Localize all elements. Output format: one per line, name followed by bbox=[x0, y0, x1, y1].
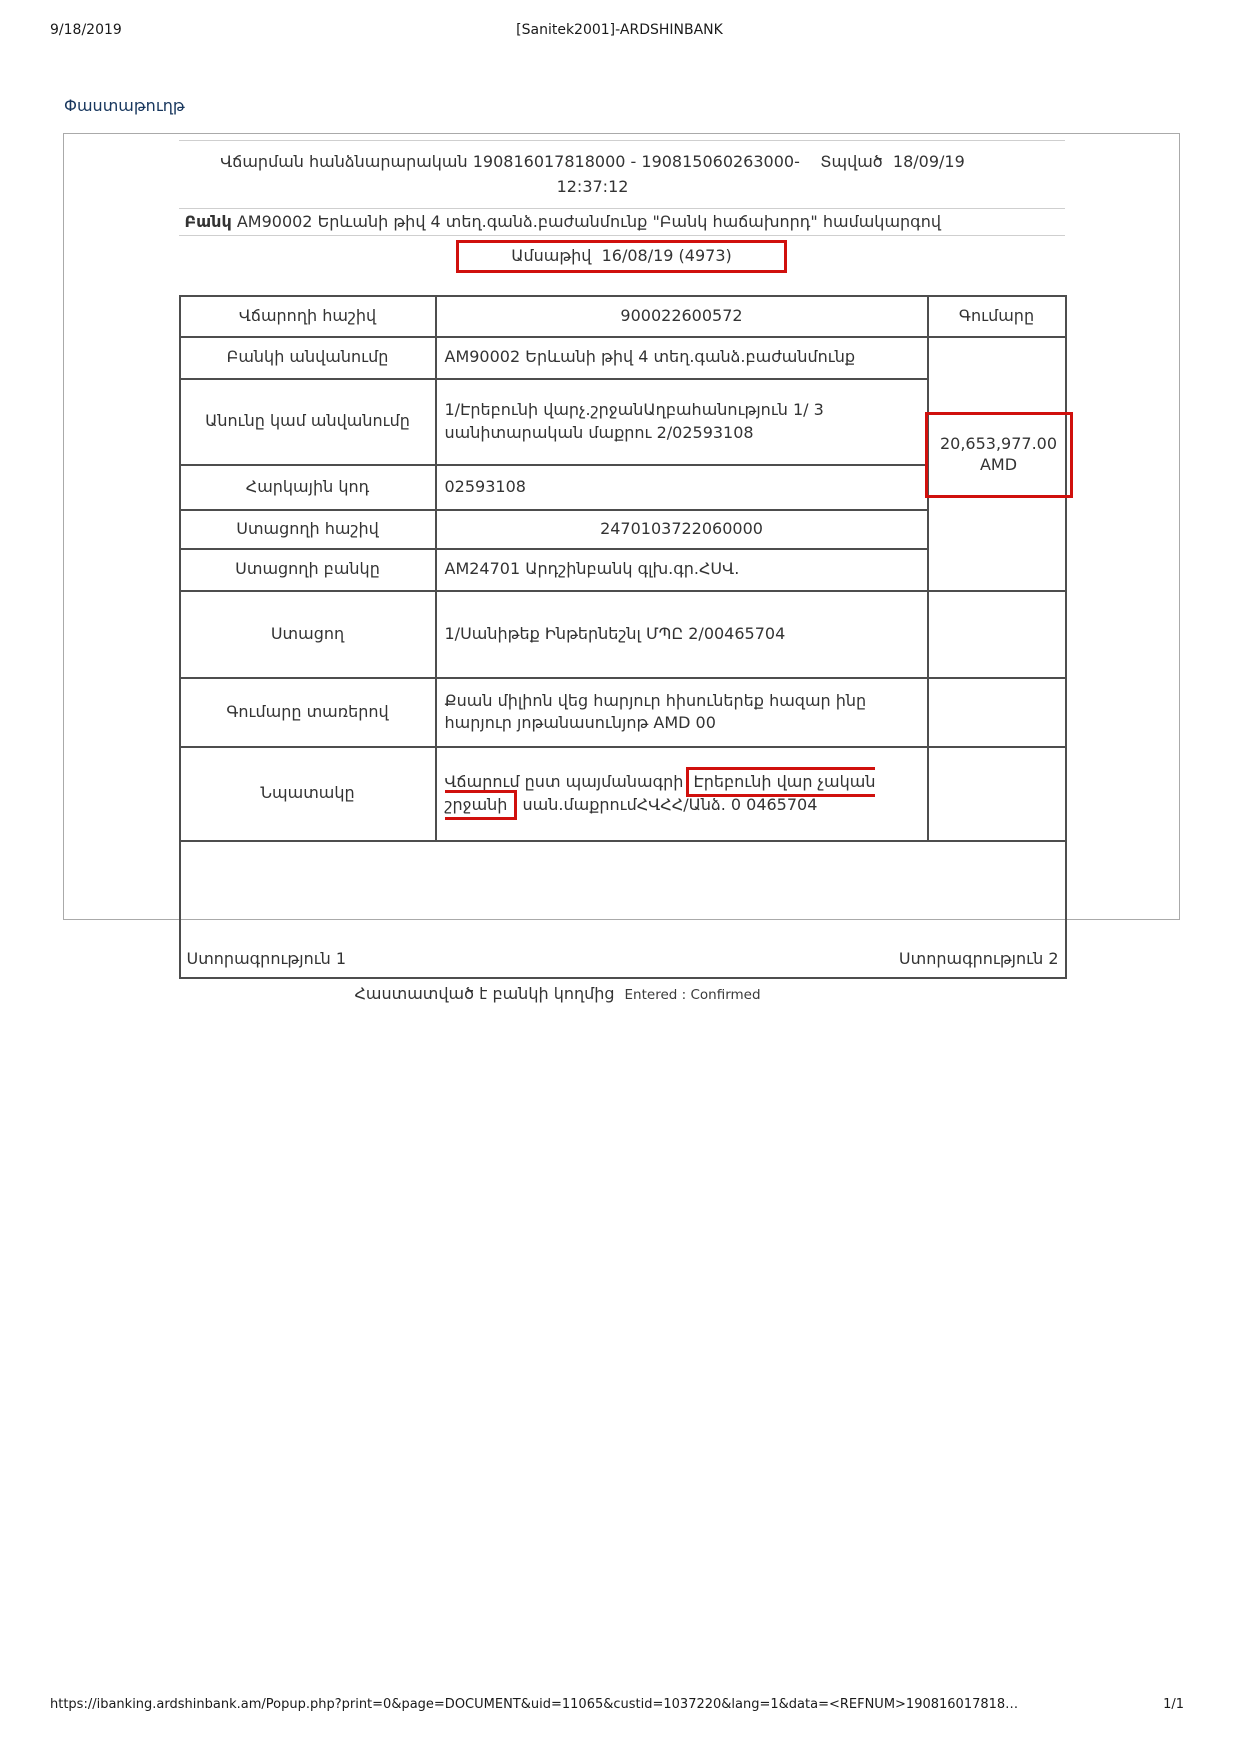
amount-in-words-value: Քսան միլիոն վեց հարյուր հիսուներեք հազար… bbox=[436, 678, 928, 747]
beneficiary-value: 1/Սանիթեք Ինթերնեշնլ ՄՊԸ 2/00465704 bbox=[436, 591, 928, 678]
bank-name-value: AM90002 Երևանի թիվ 4 տեղ.գանձ.բաժանմունք bbox=[436, 337, 928, 379]
amount-column-empty-3 bbox=[928, 747, 1066, 841]
purpose-label: Նպատակը bbox=[180, 747, 436, 841]
table-row-bank-name: Բանկի անվանումը AM90002 Երևանի թիվ 4 տեղ… bbox=[180, 337, 1066, 379]
amount-column-empty-1 bbox=[928, 591, 1066, 678]
tax-code-label: Հարկային կոդ bbox=[180, 465, 436, 510]
print-footer-page-number: 1/1 bbox=[1163, 1697, 1184, 1712]
tax-code-value: 02593108 bbox=[436, 465, 928, 510]
document-frame: Վճարման հանձնարարական 190816017818000 - … bbox=[63, 133, 1180, 920]
signature-2-label: Ստորագրություն 2 bbox=[899, 948, 1059, 970]
table-row-signatures: Ստորագրություն 1 Ստորագրություն 2 bbox=[180, 841, 1066, 978]
bank-header-row: Բանկ AM90002 Երևանի թիվ 4 տեղ.գանձ.բաժան… bbox=[179, 209, 1065, 236]
table-row-beneficiary: Ստացող 1/Սանիթեք Ինթերնեշնլ ՄՊԸ 2/004657… bbox=[180, 591, 1066, 678]
bank-header-text: AM90002 Երևանի թիվ 4 տեղ.գանձ.բաժանմունք… bbox=[232, 212, 941, 231]
payer-account-label: Վճարողի հաշիվ bbox=[180, 296, 436, 337]
amount-value: 20,653,977.00 bbox=[940, 434, 1057, 455]
confirmed-by-bank-text: Հաստատված է բանկի կողմից bbox=[354, 984, 614, 1003]
beneficiary-bank-label: Ստացողի բանկը bbox=[180, 549, 436, 591]
bank-name-label: Բանկի անվանումը bbox=[180, 337, 436, 379]
payer-name-label: Անունը կամ անվանումը bbox=[180, 379, 436, 465]
beneficiary-account-label: Ստացողի հաշիվ bbox=[180, 510, 436, 549]
document-link[interactable]: Փաստաթուղթ bbox=[64, 96, 185, 115]
payment-details-table: Վճարողի հաշիվ 900022600572 Գումարը Բանկի… bbox=[179, 295, 1067, 979]
entered-confirmed-status: Entered : Confirmed bbox=[625, 987, 761, 1003]
payer-name-value: 1/Էրեբունի վարչ.շրջանԱղբահանություն 1/ 3… bbox=[436, 379, 928, 465]
table-row-payer-account: Վճարողի հաշիվ 900022600572 Գումարը bbox=[180, 296, 1066, 337]
date-row: Ամսաթիվ 16/08/19 (4973) bbox=[179, 236, 1065, 282]
table-row-purpose: Նպատակը Վճարում ըստ պայմանագրի Էրեբունի … bbox=[180, 747, 1066, 841]
payer-account-value: 900022600572 bbox=[436, 296, 928, 337]
purpose-value: Վճարում ըստ պայմանագրի Էրեբունի վար չակա… bbox=[436, 747, 928, 841]
document-content: Վճարման հանձնարարական 190816017818000 - … bbox=[179, 134, 1065, 1003]
payment-order-header: Վճարման հանձնարարական 190816017818000 - … bbox=[179, 140, 1065, 209]
print-footer-url: https://ibanking.ardshinbank.am/Popup.ph… bbox=[50, 1697, 1018, 1712]
amount-highlight-box: 20,653,977.00 AMD bbox=[925, 412, 1073, 498]
amount-cell: 20,653,977.00 AMD bbox=[928, 337, 1066, 591]
beneficiary-bank-value: AM24701 Արդշինբանկ գլխ.գր.ՀՍՎ. bbox=[436, 549, 928, 591]
amount-column-empty-2 bbox=[928, 678, 1066, 747]
date-highlight-box: Ամսաթիվ 16/08/19 (4973) bbox=[456, 240, 787, 273]
amount-currency: AMD bbox=[980, 455, 1017, 476]
amount-column-header: Գումարը bbox=[928, 296, 1066, 337]
bank-label: Բանկ bbox=[185, 212, 232, 231]
print-header-title: [Sanitek2001]-ARDSHINBANK bbox=[0, 22, 1239, 38]
purpose-text-after: սան.մաքրումՀՎՀՀ/Անձ. 0 0465704 bbox=[517, 795, 817, 814]
confirmation-line: Հաստատված է բանկի կողմիցEntered : Confir… bbox=[179, 984, 1065, 1003]
signatures-cell: Ստորագրություն 1 Ստորագրություն 2 bbox=[180, 841, 1066, 978]
beneficiary-account-value: 2470103722060000 bbox=[436, 510, 928, 549]
amount-in-words-label: Գումարը տառերով bbox=[180, 678, 436, 747]
signature-1-label: Ստորագրություն 1 bbox=[187, 948, 347, 970]
beneficiary-label: Ստացող bbox=[180, 591, 436, 678]
table-row-amount-in-words: Գումարը տառերով Քսան միլիոն վեց հարյուր … bbox=[180, 678, 1066, 747]
purpose-text-before: Վճարում ըստ պայմանագրի bbox=[445, 772, 689, 791]
